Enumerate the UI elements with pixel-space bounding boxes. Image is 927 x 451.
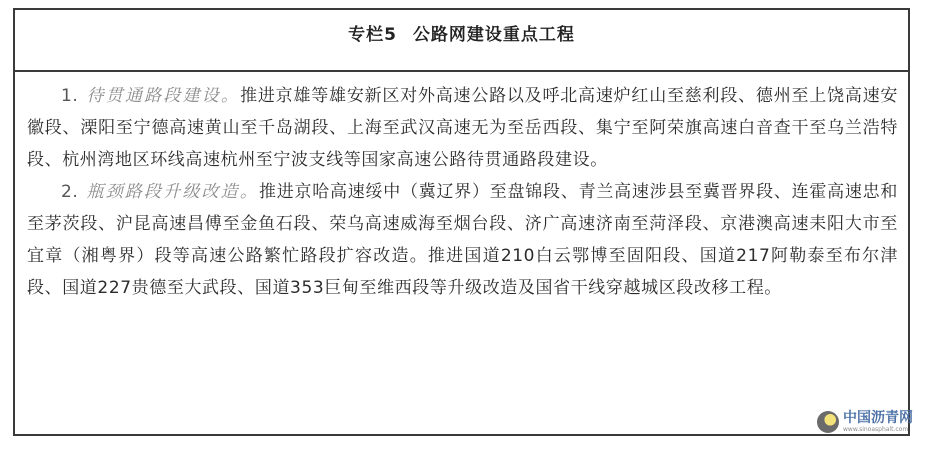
- item-lead: 待贯通路段建设。: [86, 86, 240, 106]
- panel-header: 专栏5公路网建设重点工程: [15, 10, 908, 72]
- watermark: 中国沥青网 www.sinoasphalt.com: [817, 411, 913, 433]
- list-item: 1.待贯通路段建设。推进京雄等雄安新区对外高速公路以及呼北高速炉红山至慈利段、德…: [27, 80, 898, 176]
- panel-title: 专栏5公路网建设重点工程: [348, 20, 575, 70]
- panel-title-text: 公路网建设重点工程: [413, 25, 575, 45]
- watermark-url: www.sinoasphalt.com: [843, 426, 913, 433]
- panel-title-number: 专栏5: [348, 25, 397, 45]
- asphalt-logo-icon: [817, 411, 839, 433]
- list-item: 2.瓶颈路段升级改造。推进京哈高速绥中（冀辽界）至盘锦段、青兰高速涉县至冀晋界段…: [27, 176, 898, 304]
- item-lead: 瓶颈路段升级改造。: [86, 182, 259, 202]
- panel-body: 1.待贯通路段建设。推进京雄等雄安新区对外高速公路以及呼北高速炉红山至慈利段、德…: [15, 72, 908, 304]
- feature-panel: 专栏5公路网建设重点工程 1.待贯通路段建设。推进京雄等雄安新区对外高速公路以及…: [13, 8, 910, 436]
- item-index: 1.: [61, 86, 78, 106]
- watermark-name: 中国沥青网: [843, 411, 913, 426]
- item-index: 2.: [61, 182, 78, 202]
